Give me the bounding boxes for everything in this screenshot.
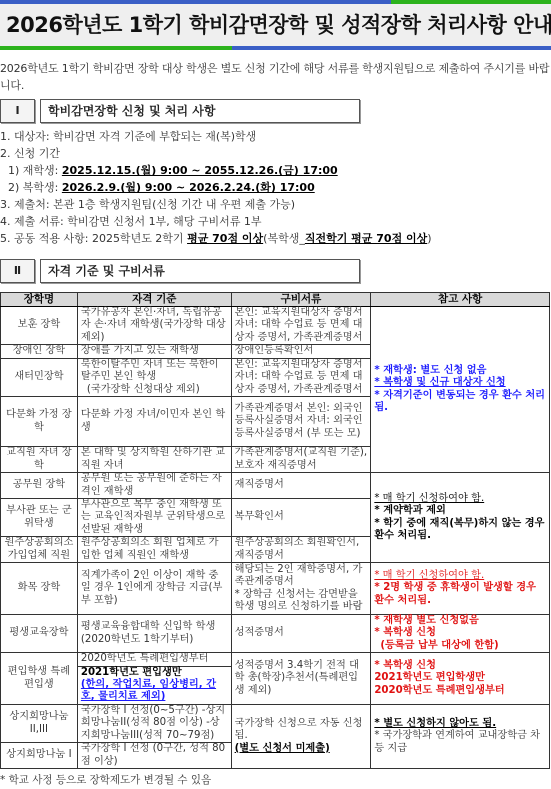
list-item-period-returning: 2) 복학생: 2026.2.9.(월) 9:00 ~ 2026.2.24.(화…	[0, 179, 551, 196]
title-banner: 2026학년도 1학기 학비감면장학 및 성적장학 처리사항 안내	[0, 0, 551, 50]
notes-group-2: * 매 학기 신청하여야 함. * 계약학과 제외 * 학기 중에 재직(복무)…	[371, 473, 550, 563]
list-item-documents: 4. 제출 서류: 학비감면 신청서 1부, 해당 구비서류 1부	[0, 213, 551, 230]
page-title: 2026학년도 1학기 학비감면장학 및 성적장학 처리사항 안내	[6, 9, 551, 39]
notes-group-1: * 재학생: 별도 신청 없음 * 복학생 및 신규 대상자 신청 * 자격기준…	[371, 307, 550, 473]
notes-group-6: * 별도 신청하지 않아도 됨. * 국가장학과 연계하여 교내장학금 차등 지…	[371, 705, 550, 769]
section-2-number: Ⅱ	[0, 259, 35, 283]
header-scholarship-name: 장학명	[1, 293, 78, 307]
list-item-period: 2. 신청 기간	[0, 145, 551, 162]
table-row: 상지희망나눔 II,III 국가장학 I 선정(0~5구간) -상지희망나눔II…	[1, 705, 550, 743]
header-documents: 구비서류	[231, 293, 371, 307]
table-header-row: 장학명 자격 기준 구비서류 참고 사항	[1, 293, 550, 307]
intro-paragraph: 2026학년도 1학기 학비감면 장학 대상 학생은 별도 신청 기간에 해당 …	[0, 60, 551, 94]
list-item-common-rule: 5. 공동 적용 사항: 2025학년도 2학기 평균 70점 이상(복학생_직…	[0, 230, 551, 247]
scholarship-table: 장학명 자격 기준 구비서류 참고 사항 보훈 장학 국가유공자 본인·자녀, …	[0, 292, 550, 769]
section-1-list: 1. 대상자: 학비감면 자격 기준에 부합되는 재(복)학생 2. 신청 기간…	[0, 128, 551, 247]
table-row: 공무원 장학 공무원 또는 공무원에 준하는 자격인 재학생 재직증명서 * 매…	[1, 473, 550, 499]
list-item-target: 1. 대상자: 학비감면 자격 기준에 부합되는 재(복)학생	[0, 128, 551, 145]
footnote: * 학교 사정 등으로 장학제도가 변경될 수 있음	[0, 772, 211, 787]
notes-group-4: * 재학생 별도 신청없음 * 복학생 신청 (등록금 납부 대상에 한함)	[371, 615, 550, 653]
period-returning-dates: 2026.2.9.(월) 9:00 ~ 2026.2.24.(화) 17:00	[62, 181, 315, 194]
period-enrolled-dates: 2025.12.15.(월) 9:00 ~ 2055.12.26.(금) 17:…	[62, 164, 338, 177]
list-item-period-enrolled: 1) 재학생: 2025.12.15.(월) 9:00 ~ 2055.12.26…	[0, 162, 551, 179]
header-notes: 참고 사항	[371, 293, 550, 307]
table-row: 보훈 장학 국가유공자 본인·자녀, 독립유공자 손·자녀 재학생(국가장학 대…	[1, 307, 550, 345]
section-1-title: 학비감면장학 신청 및 처리 사항	[40, 99, 360, 123]
notes-group-3: * 매 학기 신청하여야 함. * 2명 학생 중 휴학생이 발생할 경우 환수…	[371, 563, 550, 615]
section-1-number: Ⅰ	[0, 99, 35, 123]
title-top-bar	[0, 0, 551, 4]
section-2-title: 자격 기준 및 구비서류	[40, 259, 360, 283]
table-row: 평생교육장학 평생교육융합대학 신입학 학생 (2020학년도 1학기부터) 성…	[1, 615, 550, 653]
list-item-office: 3. 제출처: 본관 1층 학생지원팀(신청 기간 내 우편 제출 가능)	[0, 196, 551, 213]
notes-group-5: * 복학생 신청 2021학년도 편입학생만 2020학년도 특례편입생부터	[371, 653, 550, 705]
header-criteria: 자격 기준	[77, 293, 231, 307]
title-bottom-bar	[0, 46, 551, 50]
table-row: 편입학생 특례편입생 2020학년도 특례편입생부터 2021학년도 편입생만 …	[1, 653, 550, 705]
table-row: 화목 장학 직계가족이 2인 이상이 재학 중일 경우 1인에게 장학금 지급(…	[1, 563, 550, 615]
